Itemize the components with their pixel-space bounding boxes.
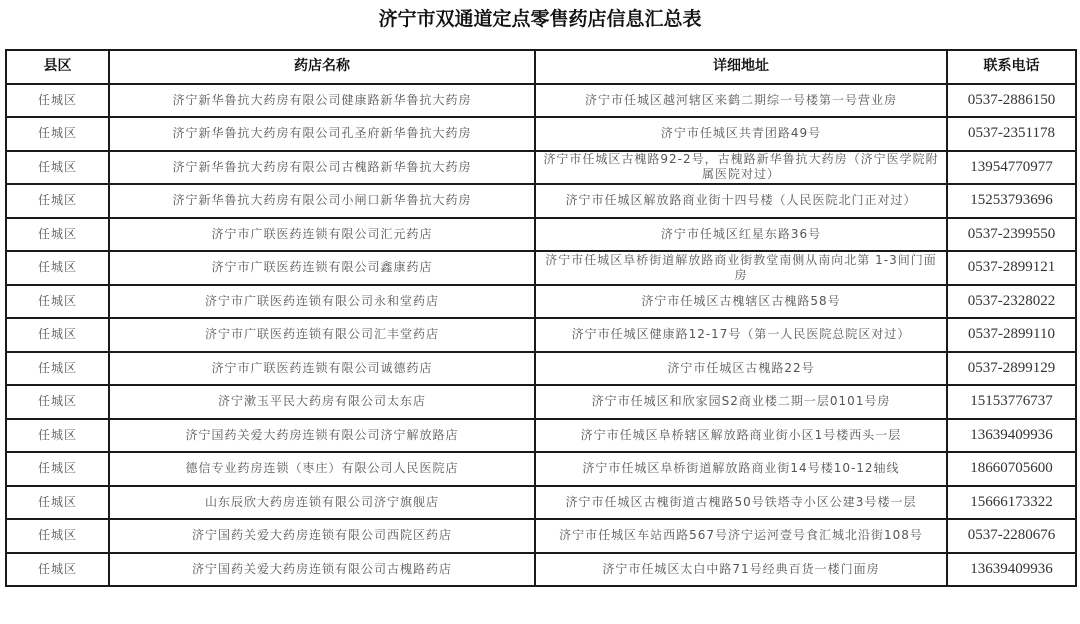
table-row: 任城区济宁市广联医药连锁有限公司汇丰堂药店济宁市任城区健康路12-17号（第一人… [6, 318, 1076, 352]
table-row: 任城区济宁市广联医药连锁有限公司诚德药店济宁市任城区古槐路22号0537-289… [6, 352, 1076, 386]
phone-cell: 18660705600 [947, 452, 1076, 486]
pharmacy-name-cell: 德信专业药房连锁（枣庄）有限公司人民医院店 [109, 452, 535, 486]
address-cell: 济宁市任城区古槐辖区古槐路58号 [535, 285, 947, 319]
address-cell: 济宁市任城区共青团路49号 [535, 117, 947, 151]
pharmacy-name-cell: 济宁新华鲁抗大药房有限公司健康路新华鲁抗大药房 [109, 84, 535, 118]
pharmacy-name-cell: 济宁市广联医药连锁有限公司汇丰堂药店 [109, 318, 535, 352]
county-cell: 任城区 [6, 352, 109, 386]
table-row: 任城区济宁新华鲁抗大药房有限公司健康路新华鲁抗大药房济宁市任城区越河辖区来鹤二期… [6, 84, 1076, 118]
address-cell: 济宁市任城区阜桥街道解放路商业街14号楼10-12轴线 [535, 452, 947, 486]
county-cell: 任城区 [6, 251, 109, 285]
pharmacy-name-cell: 济宁新华鲁抗大药房有限公司孔圣府新华鲁抗大药房 [109, 117, 535, 151]
address-cell: 济宁市任城区车站西路567号济宁运河壹号食汇城北沿街108号 [535, 519, 947, 553]
phone-cell: 0537-2280676 [947, 519, 1076, 553]
pharmacy-name-cell: 山东辰欣大药房连锁有限公司济宁旗舰店 [109, 486, 535, 520]
table-row: 任城区济宁国药关爱大药房连锁有限公司济宁解放路店济宁市任城区阜桥辖区解放路商业街… [6, 419, 1076, 453]
pharmacy-name-cell: 济宁新华鲁抗大药房有限公司小闸口新华鲁抗大药房 [109, 184, 535, 218]
county-cell: 任城区 [6, 117, 109, 151]
address-cell: 济宁市任城区古槐街道古槐路50号铁塔寺小区公建3号楼一层 [535, 486, 947, 520]
county-cell: 任城区 [6, 84, 109, 118]
county-cell: 任城区 [6, 486, 109, 520]
phone-cell: 15153776737 [947, 385, 1076, 419]
table-row: 任城区济宁市广联医药连锁有限公司鑫康药店济宁市任城区阜桥街道解放路商业街教堂南侧… [6, 251, 1076, 285]
address-cell: 济宁市任城区太白中路71号经典百货一楼门面房 [535, 553, 947, 587]
pharmacy-name-cell: 济宁国药关爱大药房连锁有限公司西院区药店 [109, 519, 535, 553]
phone-cell: 0537-2399550 [947, 218, 1076, 252]
table-body: 任城区济宁新华鲁抗大药房有限公司健康路新华鲁抗大药房济宁市任城区越河辖区来鹤二期… [6, 84, 1076, 587]
pharmacy-name-cell: 济宁国药关爱大药房连锁有限公司济宁解放路店 [109, 419, 535, 453]
county-cell: 任城区 [6, 151, 109, 185]
table-row: 任城区德信专业药房连锁（枣庄）有限公司人民医院店济宁市任城区阜桥街道解放路商业街… [6, 452, 1076, 486]
header-phone: 联系电话 [947, 50, 1076, 84]
phone-cell: 13954770977 [947, 151, 1076, 185]
page-title: 济宁市双通道定点零售药店信息汇总表 [0, 4, 1080, 31]
pharmacy-name-cell: 济宁市广联医药连锁有限公司永和堂药店 [109, 285, 535, 319]
table-header-row: 县区 药店名称 详细地址 联系电话 [6, 50, 1076, 84]
table-row: 任城区济宁国药关爱大药房连锁有限公司古槐路药店济宁市任城区太白中路71号经典百货… [6, 553, 1076, 587]
phone-cell: 0537-2351178 [947, 117, 1076, 151]
pharmacy-name-cell: 济宁新华鲁抗大药房有限公司古槐路新华鲁抗大药房 [109, 151, 535, 185]
address-cell: 济宁市任城区健康路12-17号（第一人民医院总院区对过） [535, 318, 947, 352]
pharmacy-name-cell: 济宁国药关爱大药房连锁有限公司古槐路药店 [109, 553, 535, 587]
phone-cell: 0537-2328022 [947, 285, 1076, 319]
header-address: 详细地址 [535, 50, 947, 84]
county-cell: 任城区 [6, 452, 109, 486]
address-cell: 济宁市任城区阜桥辖区解放路商业街小区1号楼西头一层 [535, 419, 947, 453]
table-row: 任城区山东辰欣大药房连锁有限公司济宁旗舰店济宁市任城区古槐街道古槐路50号铁塔寺… [6, 486, 1076, 520]
table-row: 任城区济宁漱玉平民大药房有限公司太东店济宁市任城区和欣家园S2商业楼二期一层01… [6, 385, 1076, 419]
county-cell: 任城区 [6, 419, 109, 453]
table-row: 任城区济宁市广联医药连锁有限公司汇元药店济宁市任城区红星东路36号0537-23… [6, 218, 1076, 252]
address-cell: 济宁市任城区越河辖区来鹤二期综一号楼第一号营业房 [535, 84, 947, 118]
table-row: 任城区济宁新华鲁抗大药房有限公司小闸口新华鲁抗大药房济宁市任城区解放路商业街十四… [6, 184, 1076, 218]
phone-cell: 13639409936 [947, 553, 1076, 587]
phone-cell: 0537-2899110 [947, 318, 1076, 352]
address-cell: 济宁市任城区古槐路92-2号，古槐路新华鲁抗大药房（济宁医学院附属医院对过） [535, 151, 947, 185]
phone-cell: 0537-2886150 [947, 84, 1076, 118]
address-cell: 济宁市任城区古槐路22号 [535, 352, 947, 386]
pharmacy-table: 县区 药店名称 详细地址 联系电话 任城区济宁新华鲁抗大药房有限公司健康路新华鲁… [5, 49, 1077, 587]
header-county: 县区 [6, 50, 109, 84]
pharmacy-name-cell: 济宁市广联医药连锁有限公司诚德药店 [109, 352, 535, 386]
header-pharmacy-name: 药店名称 [109, 50, 535, 84]
address-cell: 济宁市任城区解放路商业街十四号楼（人民医院北门正对过） [535, 184, 947, 218]
county-cell: 任城区 [6, 519, 109, 553]
county-cell: 任城区 [6, 218, 109, 252]
pharmacy-name-cell: 济宁市广联医药连锁有限公司汇元药店 [109, 218, 535, 252]
county-cell: 任城区 [6, 553, 109, 587]
address-cell: 济宁市任城区和欣家园S2商业楼二期一层0101号房 [535, 385, 947, 419]
county-cell: 任城区 [6, 285, 109, 319]
table-row: 任城区济宁新华鲁抗大药房有限公司古槐路新华鲁抗大药房济宁市任城区古槐路92-2号… [6, 151, 1076, 185]
pharmacy-name-cell: 济宁漱玉平民大药房有限公司太东店 [109, 385, 535, 419]
table-row: 任城区济宁市广联医药连锁有限公司永和堂药店济宁市任城区古槐辖区古槐路58号053… [6, 285, 1076, 319]
address-cell: 济宁市任城区阜桥街道解放路商业街教堂南侧从南向北第 1-3间门面房 [535, 251, 947, 285]
phone-cell: 0537-2899121 [947, 251, 1076, 285]
address-cell: 济宁市任城区红星东路36号 [535, 218, 947, 252]
phone-cell: 13639409936 [947, 419, 1076, 453]
county-cell: 任城区 [6, 318, 109, 352]
pharmacy-name-cell: 济宁市广联医药连锁有限公司鑫康药店 [109, 251, 535, 285]
county-cell: 任城区 [6, 385, 109, 419]
table-row: 任城区济宁新华鲁抗大药房有限公司孔圣府新华鲁抗大药房济宁市任城区共青团路49号0… [6, 117, 1076, 151]
county-cell: 任城区 [6, 184, 109, 218]
table-row: 任城区济宁国药关爱大药房连锁有限公司西院区药店济宁市任城区车站西路567号济宁运… [6, 519, 1076, 553]
phone-cell: 0537-2899129 [947, 352, 1076, 386]
phone-cell: 15253793696 [947, 184, 1076, 218]
phone-cell: 15666173322 [947, 486, 1076, 520]
